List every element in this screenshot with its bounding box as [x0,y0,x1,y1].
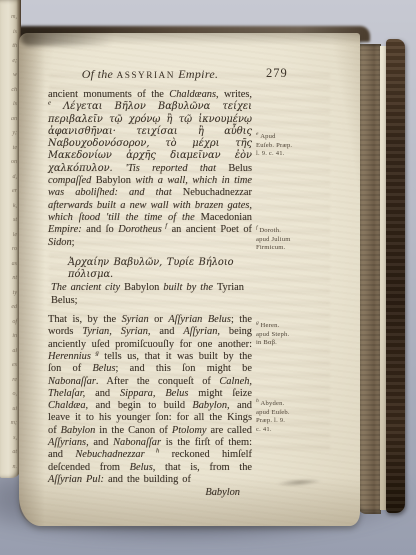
text-segment: Nebuchadnezzar [75,449,144,460]
running-title: Of the Assyrian Empire. [48,67,252,82]
text-segment: Belus [92,363,115,374]
edge-text-fragment: k, [0,198,21,213]
text-segment: Ἀρχαίην Βαβυλῶν, Τυρίε Βήλοιο πόλισμα. [68,257,234,280]
text-segment: Nabonaſſar [113,437,161,448]
text-segment: and [85,388,120,399]
text-segment: built by the [159,282,217,293]
text-segment: . After the conqueſt of [96,376,219,387]
text-segment: and the building of [104,474,191,485]
text-segment: that is, from the [155,462,252,473]
edge-text-fragment: er [0,184,21,199]
text-segment: Chaldæa, [48,400,88,411]
text-segment: That is, by the [48,314,122,325]
text-segment: and ſo [82,224,119,235]
text-segment: Nebuchadnezzar [183,187,252,198]
edge-text-fragment: al [0,343,21,358]
text-segment: Macedonian [201,212,252,223]
note-line: apud Euſeb. [256,409,322,418]
top-left-corner-shadow [21,30,113,46]
stain-mark [276,477,322,487]
book-page: Of the Assyrian Empire. 279 ancient monu… [19,33,360,526]
text-segment: Herennius [48,351,91,362]
text-segment: ancient monuments of the [48,89,169,100]
margin-note-g: g Heren.apud Steph.in Βαβ. [256,322,322,348]
note-line: apud Steph. [256,331,322,340]
edge-text-fragment: nt [0,271,21,286]
note-line: Euſeb. Præp. [256,142,322,151]
edge-text-fragment: on [0,155,21,170]
text-segment: compaſſed [48,175,96,186]
edge-text-fragment: y; [0,126,21,141]
text-segment: Chaldæans [169,89,216,100]
text-segment: and [151,326,184,337]
note-line: Præp. l. 9. [256,417,322,426]
note-line: c. 41. [256,426,322,435]
edge-text-fragment: le [0,227,21,242]
para-continuation: ancient monuments of the Chaldæans, writ… [48,89,252,249]
note-line: Firmicum. [256,244,322,253]
body-column: ancient monuments of the Chaldæans, writ… [48,89,252,486]
text-segment: Of the [82,67,117,81]
fore-edge-page-stack [358,44,381,514]
text-segment: Belus, [130,462,156,473]
text-segment: Empire. [175,67,218,81]
facing-page-edge: m,isthe;wchlsany;teond,erk,stleroasnttye… [0,0,21,478]
edge-text-fragment: te [0,140,21,155]
edge-text-fragment: ty [0,285,21,300]
text-segment: Empire: [48,224,82,235]
edge-text-fragment: n. [0,459,21,474]
text-segment: Sippara, Belus [120,388,188,399]
text-segment: and [89,437,113,448]
text-column: Of the Assyrian Empire. 279 ancient monu… [48,67,252,498]
text-segment: ; [75,295,78,306]
edge-text-fragment: re [0,372,21,387]
text-segment: Tyrian, Syrian, [82,326,150,337]
page-number: 279 [266,66,288,81]
note-line: in Βαβ. [256,339,322,348]
edge-text-fragment: w [0,68,21,83]
text-segment: Babylon [124,282,159,293]
note-line: Heren. [261,322,280,329]
edge-text-fragment: an [0,111,21,126]
text-segment: Belus [228,163,252,174]
note-line: Doroth. [259,227,281,234]
text-segment: 'Tis reported that [125,163,228,174]
text-segment: Assyrian [116,71,175,81]
para-that-is: That is, by the Syrian or Aſſyrian Belus… [48,314,252,486]
book-cover-board [386,39,405,513]
text-segment: The ancient city [51,282,124,293]
edge-text-fragment: of [0,314,21,329]
edge-text-fragment: is [0,24,21,39]
book-photo-scene: m,isthe;wchlsany;teond,erk,stleroasnttye… [0,0,416,555]
edge-text-fragment: st [0,213,21,228]
edge-text-fragment: at [0,445,21,460]
text-segment: Syrian [122,314,149,325]
edge-text-fragment: m, [0,10,21,25]
edge-text-fragment: d, [0,169,21,184]
edge-text-fragment: s, [0,430,21,445]
text-segment: Sidon [48,237,72,248]
note-line: apud Julium [256,236,322,245]
text-segment: and begin to build [88,400,192,411]
text-segment: Nabonaſſar [48,376,96,387]
text-segment: g [91,349,99,356]
edge-text-fragment: as [0,256,21,271]
verse-translation: The ancient city Babylon built by the Ty… [51,282,252,307]
note-line: l. 9. c. 41. [256,150,322,159]
text-segment: in the Canon of [95,425,172,436]
text-segment: , writes, [216,89,252,100]
margin-note-f: f Doroth.apud JuliumFirmicum. [256,227,322,253]
edge-text-fragment: ch [0,82,21,97]
edge-text-fragment: es [0,358,21,373]
edge-text-fragment: ed [0,300,21,315]
edge-text-fragment: e; [0,53,21,68]
edge-text-fragment: th [0,39,21,54]
page-header: Of the Assyrian Empire. 279 [48,67,252,82]
text-segment: might ſeize [188,388,252,399]
edge-text-fragment: ls [0,97,21,112]
text-segment: ; and this ſon might be [116,363,252,374]
edge-text-fragment: o, [0,387,21,402]
text-segment: Aſſyrians, [48,437,89,448]
text-segment: Babylon, [192,400,229,411]
text-segment: or [149,314,169,325]
text-segment: Babylon [61,425,96,436]
text-segment: h [145,448,160,455]
text-segment: are called [207,425,253,436]
catchword: Babylon [48,487,252,498]
text-segment: Aſſyrian Belus [168,314,231,325]
edge-text-fragment: m; [0,416,21,431]
text-segment: Aſſyrian Pul: [48,474,104,485]
text-segment: Dorotheus [118,224,162,235]
edge-text-fragment: ro [0,242,21,257]
text-segment: an ancient Poet of [167,224,252,235]
edge-text-fragment: in [0,329,21,344]
text-segment: Ptolomy [172,425,207,436]
text-segment: Babylon [96,175,131,186]
text-segment: Aſſyrian, [183,326,220,337]
note-line: Apud [260,133,275,140]
text-segment: ; [72,237,75,248]
greek-verse: Ἀρχαίην Βαβυλῶν, Τυρίε Βήλοιο πόλισμα. [68,257,252,282]
note-line: Abyden. [261,400,285,407]
edge-text-fragment: ui [0,401,21,416]
margin-note-e: e ApudEuſeb. Præp.l. 9. c. 41. [256,133,322,159]
margin-note-h: h Abyden.apud Euſeb.Præp. l. 9.c. 41. [256,400,322,434]
